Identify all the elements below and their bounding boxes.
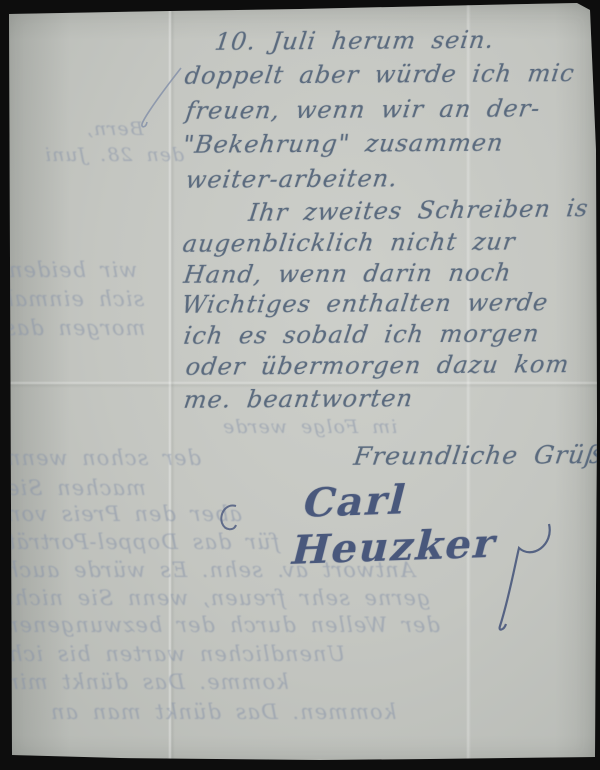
handwriting-line: ich es sobald ich morgen [182, 320, 541, 350]
scanned-letter-page: Bern, den 28. Juni wir beiden sich einma… [0, 0, 600, 770]
letter-closing: Freundliche Grüße [352, 440, 600, 471]
handwriting-line: Hand, wenn darin noch [182, 259, 513, 289]
bleedthrough-line: morgen das [4, 316, 145, 340]
letter-paper: Bern, den 28. Juni wir beiden sich einma… [0, 0, 600, 770]
bleedthrough-line: komme. Das dünkt mir [8, 670, 289, 694]
handwriting-line: Ihr zweites Schreiben is [247, 194, 590, 227]
handwriting-line: oder übermorgen dazu kom [184, 350, 571, 381]
handwriting-line: augenblicklich nicht zur [181, 228, 517, 258]
bleedthrough-line: sich einmal [6, 287, 144, 311]
handwriting-line: Wichtiges enthalten werde [180, 288, 550, 319]
handwriting-line: freuen, wenn wir an der- [184, 95, 542, 125]
bleedthrough-line: Unendlichen warten bis ich [8, 642, 345, 666]
bleedthrough-line: der Wellen durch der bezwungenen [4, 613, 440, 637]
bleedthrough-line: gerne sehr freuen, wenn Sie nicht [4, 586, 430, 610]
signature: Carl Heuzker [286, 469, 600, 574]
handwriting-line: weiter-arbeiten. [184, 165, 400, 194]
handwriting-line: "Bekehrung" zusammen [181, 129, 505, 159]
bleedthrough-line: aber den Preis von [6, 502, 242, 526]
bleedthrough-line: wir beiden [8, 258, 137, 282]
handwriting-line: doppelt aber würde ich mic [183, 59, 577, 90]
bleedthrough-line: im Folge werde [222, 416, 397, 438]
diagonal-pen-slash-icon [142, 68, 181, 127]
bleedthrough-line: den 28. Juni [44, 144, 184, 166]
bleedthrough-line: machen Sie [6, 476, 146, 500]
bleedthrough-line: Bern, [86, 118, 144, 140]
handwriting-line: 10. Juli herum sein. [213, 26, 496, 56]
bleedthrough-line: der schon wenn [6, 446, 201, 470]
bleedthrough-line: für das Doppel-Porträt [6, 530, 279, 554]
handwriting-line: me. beantworten [182, 384, 415, 414]
bleedthrough-line: kommen. Das dünkt man an [50, 700, 396, 724]
